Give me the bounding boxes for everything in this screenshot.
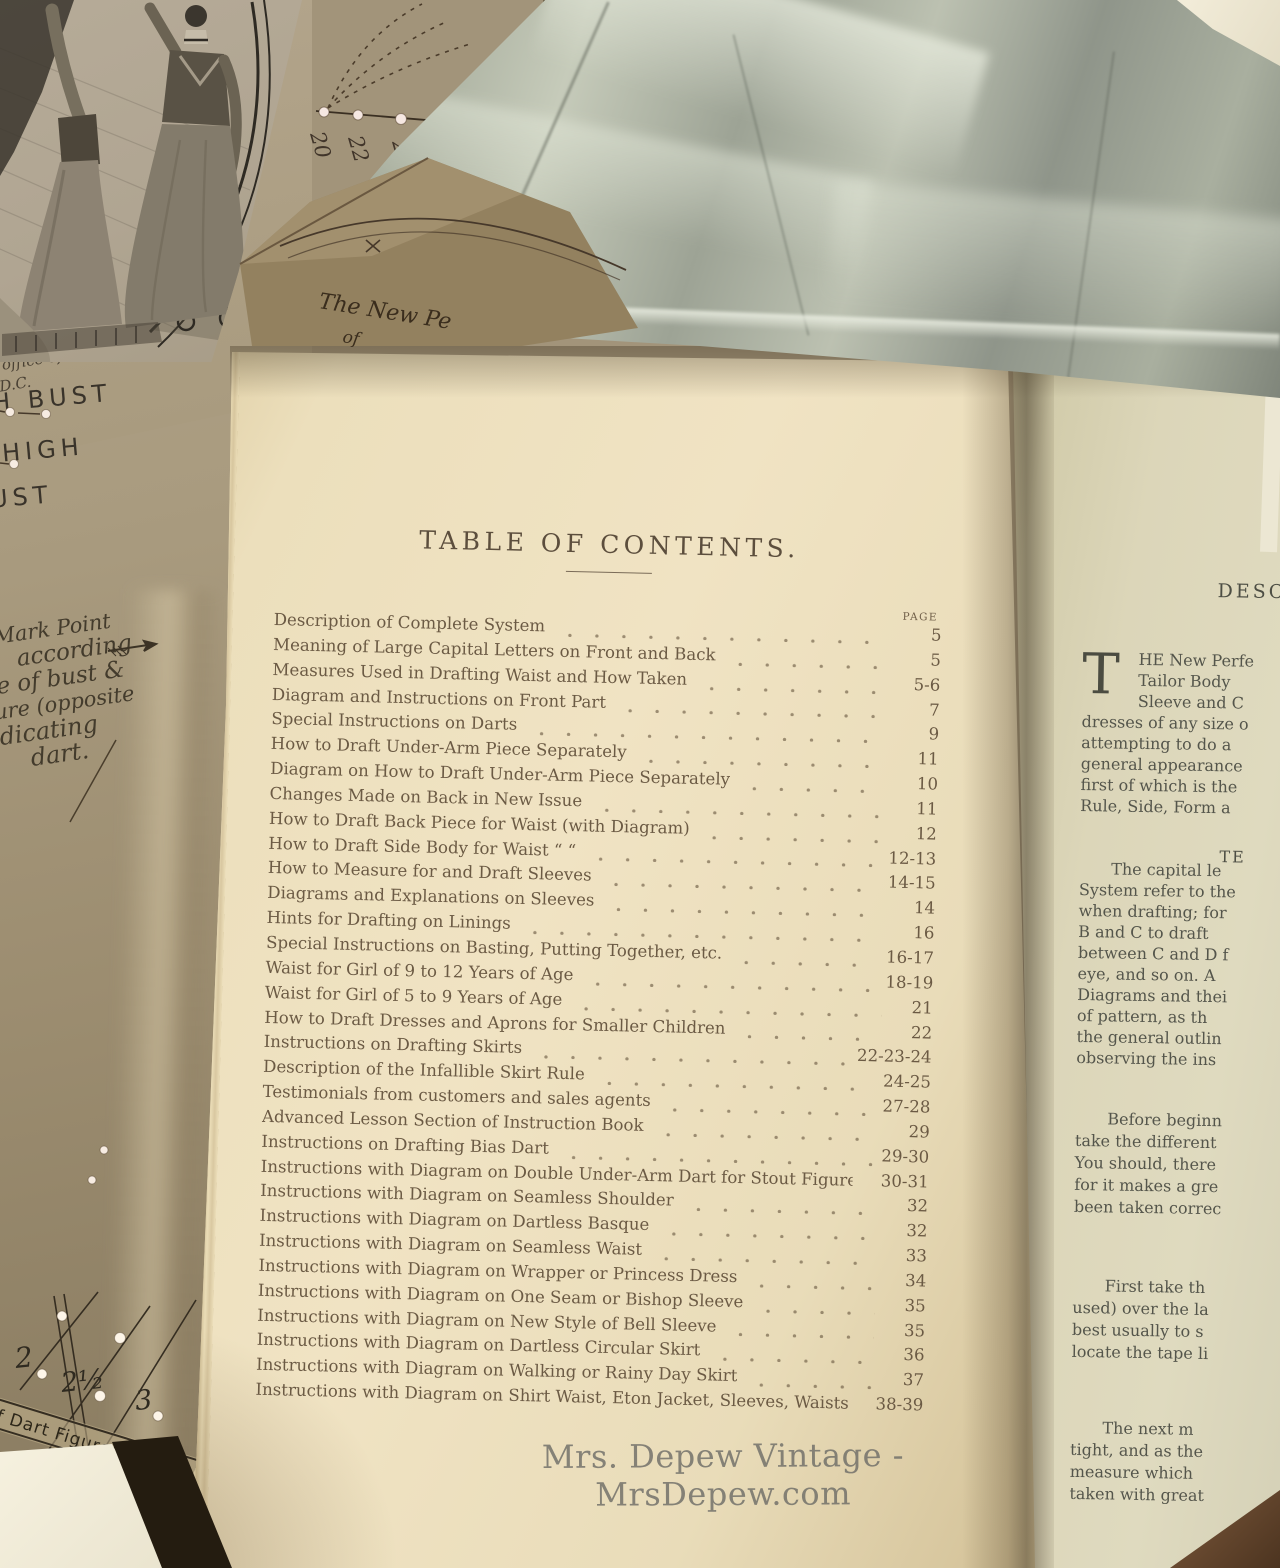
toc-entry-page: 33 xyxy=(883,1246,927,1266)
toc-entry-page: 27-28 xyxy=(882,1096,930,1116)
toc-entry-page: 35 xyxy=(881,1320,925,1340)
toc-entry-list: Description of Complete System 5 Meaning… xyxy=(255,610,942,1421)
text-line: locate the tape li xyxy=(1071,1341,1280,1368)
dot-leader xyxy=(734,1033,881,1041)
dot-leader xyxy=(682,1206,877,1216)
dot-leader xyxy=(696,684,889,694)
toc-entry-page: 16-17 xyxy=(886,947,934,967)
punch-holes xyxy=(6,408,109,1185)
section-heading-fragment: DESC xyxy=(1217,580,1280,603)
dot-leader xyxy=(594,1080,876,1092)
dot-leader xyxy=(615,707,889,718)
toc-entry-page: 38-39 xyxy=(875,1395,923,1415)
toc-entry-page: 7 xyxy=(896,699,940,719)
table-of-contents: TABLE OF CONTENTS. PAGE Description of C… xyxy=(275,522,944,581)
page-title: TABLE OF CONTENTS. xyxy=(275,522,943,567)
toc-entry-page: 5 xyxy=(897,625,941,645)
toc-entry-page: 5-6 xyxy=(896,674,940,694)
dot-leader xyxy=(731,959,879,967)
toc-entry-page: 14 xyxy=(891,898,935,918)
dot-leader xyxy=(699,834,886,843)
dart-line xyxy=(70,740,116,822)
toc-page: TABLE OF CONTENTS. PAGE Description of C… xyxy=(140,340,1040,1568)
text-line: observing the ins xyxy=(1076,1047,1280,1073)
dot-leader xyxy=(739,785,887,793)
toc-entry-page: 29 xyxy=(886,1121,930,1141)
dot-leader xyxy=(635,758,887,769)
dashed-guides xyxy=(328,4,470,108)
description-text: DESC T HE New Perfe Tailor Body Sleeve a… xyxy=(1084,566,1280,571)
dot-leader xyxy=(709,1356,873,1365)
toc-entry-page: 12 xyxy=(893,823,937,843)
watermark: Mrs. Depew Vintage - MrsDepew.com xyxy=(468,1436,978,1515)
text-line: taken with great xyxy=(1069,1483,1280,1510)
toc-entry-page: 21 xyxy=(889,997,933,1017)
toc-entry-page: 10 xyxy=(894,774,938,794)
grid-number: 3 xyxy=(133,1384,153,1417)
dot-leader xyxy=(600,881,880,893)
toc-entry-page: 35 xyxy=(882,1295,926,1315)
toc-entry-page: 14-15 xyxy=(888,873,936,893)
opening-paragraph: T HE New Perfe Tailor Body Sleeve and C … xyxy=(1080,648,1280,821)
title-rule xyxy=(566,571,652,574)
toc-entry-page: 36 xyxy=(880,1345,924,1365)
toc-entry-page: 30-31 xyxy=(881,1171,929,1191)
first-measure-paragraph: First take th used) over the la best usu… xyxy=(1071,1275,1280,1368)
photo-scene: t of Congress in the year 1901 the offic… xyxy=(0,0,1280,1568)
toc-entry-page: 22-23-24 xyxy=(857,1046,932,1067)
toc-entry-page: 37 xyxy=(880,1370,924,1390)
measure-tick-lines xyxy=(0,411,40,464)
toc-entry-page: 11 xyxy=(893,799,937,819)
toc-entry-page: 22 xyxy=(888,1022,932,1042)
dot-leader xyxy=(660,1106,876,1116)
dot-leader xyxy=(658,1230,876,1240)
before-beginning-paragraph: Before beginn take the different You sho… xyxy=(1074,1108,1280,1223)
toc-entry-page: 11 xyxy=(894,749,938,769)
dot-leader xyxy=(652,1131,878,1141)
toc-entry-page: 32 xyxy=(883,1221,927,1241)
toc-entry-page: 24-25 xyxy=(883,1072,931,1092)
dot-leader xyxy=(746,1381,873,1389)
text-line: Rule, Side, Form a xyxy=(1080,795,1280,821)
mark-point-arrow-icon xyxy=(108,641,156,656)
pattern-cover-piece: The New Pe of xyxy=(222,146,652,354)
grid-number: 2 xyxy=(12,1340,34,1375)
drop-cap: T xyxy=(1082,651,1120,700)
page-column-header: PAGE xyxy=(902,611,938,624)
tissue-highlight xyxy=(826,180,1280,340)
dot-leader xyxy=(651,1255,876,1265)
next-measure-paragraph: The next m tight, and as the measure whi… xyxy=(1069,1417,1280,1510)
toc-entry-page: 34 xyxy=(882,1270,926,1290)
dot-leader xyxy=(862,1185,874,1190)
dot-leader xyxy=(725,1331,874,1340)
dot-leader xyxy=(752,1307,874,1315)
toc-entry-page: 29-30 xyxy=(881,1146,929,1166)
toc-entry-page: 32 xyxy=(884,1196,928,1216)
toc-entry-page: 12-13 xyxy=(888,848,936,868)
toc-entry-label: Description of Complete System xyxy=(273,610,545,635)
toc-entry-page: 5 xyxy=(897,650,941,670)
toc-entry-page: 9 xyxy=(895,724,939,744)
capital-letters-paragraph: The capital le System refer to the when … xyxy=(1076,858,1280,1073)
grid-number: 2½ xyxy=(58,1364,105,1399)
dot-leader xyxy=(746,1282,875,1290)
dot-leader xyxy=(603,906,884,918)
dot-leader xyxy=(857,1409,868,1414)
toc-entry-page: 16 xyxy=(890,923,934,943)
text-line: been taken correc xyxy=(1074,1196,1280,1223)
toc-entry-page: 18-19 xyxy=(885,972,933,992)
book-gutter-shadow xyxy=(962,352,1054,1568)
grid-numbers: 2 2½ 3 xyxy=(12,1340,154,1417)
dot-leader xyxy=(724,660,890,669)
